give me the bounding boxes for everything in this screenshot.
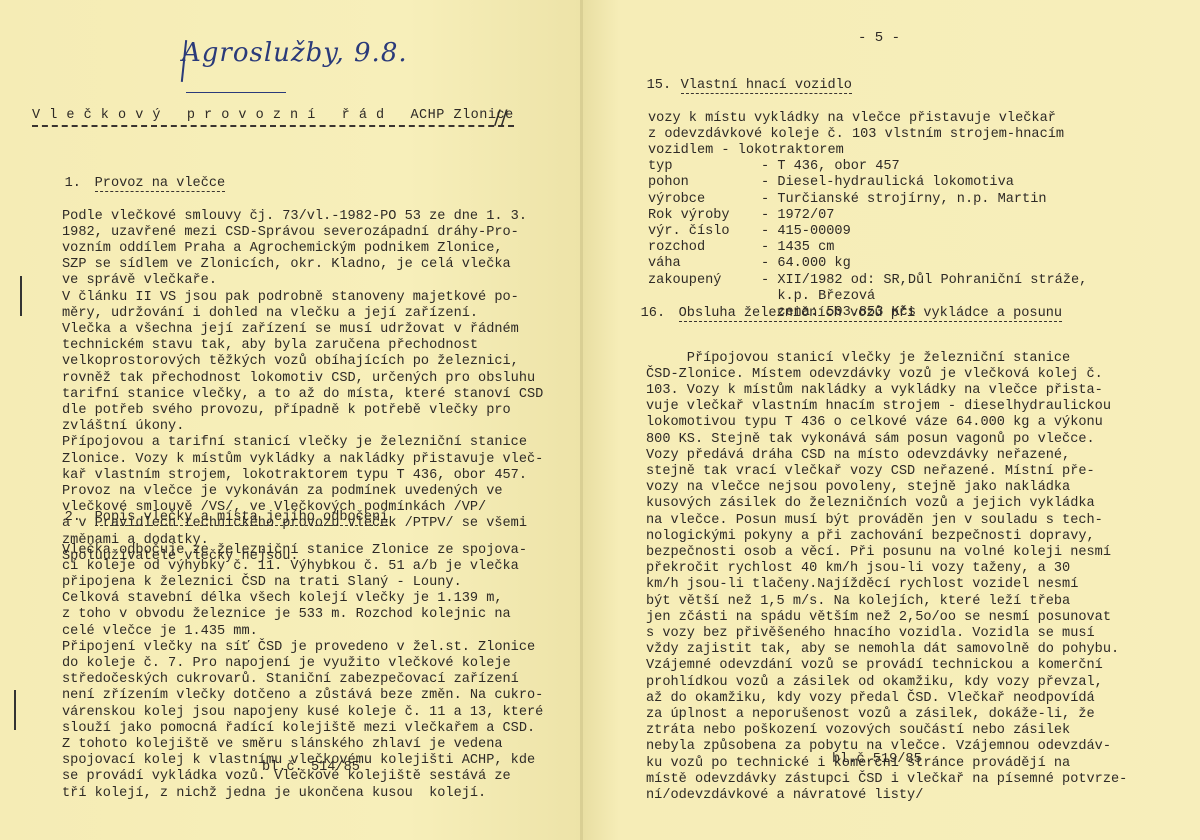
text-line: Připojení vlečky na síť ČSD je provedeno… [62, 640, 543, 656]
section-number: 1. [65, 176, 95, 192]
spec-value: - Diesel-hydraulická lokomotiva [761, 175, 1014, 190]
text-line: ztráta nebo poškození vozových součástí … [646, 723, 1127, 739]
text-line: na vlečce. Posun musí být prováděn jen v… [646, 513, 1127, 529]
text-line: 103. Vozy k místům nakládky a vykládky n… [646, 383, 1127, 399]
text-line: 1982, uzavřené mezi CSD-Správou severozá… [62, 225, 543, 241]
text-line: nologickými pokyny a při zachování bezpe… [646, 529, 1127, 545]
handwritten-underline [186, 92, 286, 93]
text-line: Podle vlečkové smlouvy čj. 73/vl.-1982-P… [62, 209, 543, 225]
spec-row: typ- T 436, obor 457 [648, 159, 1087, 175]
text-line: stejně tak vrací vlečkař vozy CSD neřaze… [646, 464, 1127, 480]
text-line: velkoprostorových těžkých vozů obíhající… [62, 354, 543, 370]
text-line: celé vlečce je 1.435 mm. [62, 624, 543, 640]
text-line: vozním oddílem Praha a Agrochemickým pod… [62, 241, 543, 257]
text-line: Celková stavební délka všech kolejí vleč… [62, 591, 543, 607]
text-line: tarifní stanice vlečky, a to až do místa… [62, 387, 543, 403]
section-title: Obsluha železničních vozů při vykládce a… [679, 306, 1062, 322]
text-line: vždy zajistit tak, aby se nemohla dát sa… [646, 642, 1127, 658]
spec-label: typ [648, 159, 761, 175]
text-line: ČSD-Zlonice. Místem odevzdávky vozů je v… [646, 367, 1127, 383]
text-line: lokomotivou typu T 436 o celkové váze 64… [646, 415, 1127, 431]
spec-row: váha- 64.000 kg [648, 256, 1087, 272]
text-line: technickém stavu tak, aby byla zaručena … [62, 338, 543, 354]
spec-value: - Turčianské strojírny, n.p. Martin [761, 192, 1047, 207]
page-number: - 5 - [858, 30, 900, 46]
text-line: Zlonice. Vozy k místům vykládky a naklád… [62, 452, 543, 468]
section-16: 16.Obsluha železničních vozů při vykládc… [608, 290, 1127, 804]
text-line: středočeských cukrovarů. Staniční zabezp… [62, 672, 543, 688]
spec-value: - T 436, obor 457 [761, 159, 900, 174]
spec-row: výrobce- Turčianské strojírny, n.p. Mart… [648, 192, 1087, 208]
text-line: Z tohoto kolejiště ve směru slánského zh… [62, 737, 543, 753]
text-line: kař vlastním strojem, lokotraktorem typu… [62, 468, 543, 484]
text-line: V článku II VS jsou pak podrobně stanove… [62, 290, 543, 306]
margin-mark [14, 690, 16, 730]
text-line: z odevzdávkové koleje č. 103 vlstním str… [648, 127, 1087, 143]
handwritten-note: Agroslužby, 9.8. [182, 38, 408, 68]
text-line: za úplnost a neporušenost vozů a zásilek… [646, 707, 1127, 723]
section-number: 15. [647, 78, 681, 94]
margin-mark [20, 276, 22, 316]
section-15: 15.Vlastní hnací vozidlo vozy k místu vy… [614, 62, 1087, 321]
text-line: slouží jako pomocná řadící kolejiště mez… [62, 721, 543, 737]
section-number: 2. [65, 510, 95, 526]
text-line: místě odevzdávky zástupci ČSD i vlečkař … [646, 772, 1127, 788]
page-fold [580, 0, 583, 840]
spec-value: - 415-00009 [761, 224, 851, 239]
spec-label: rozchod [648, 240, 761, 256]
section-title: Popis vlečky a místa jejího odbočení [95, 510, 389, 526]
spec-row: rozchod- 1435 cm [648, 240, 1087, 256]
text-line: Přípojovou stanicí vlečky je železniční … [646, 351, 1127, 367]
text-line: není zřízením vlečky dotčeno a zůstává b… [62, 688, 543, 704]
text-line: Vzájemné odevzdání vozů se provádí techn… [646, 658, 1127, 674]
text-line: být větší než 1,5 m/s. Na kolejích, kter… [646, 594, 1127, 610]
text-line: SZP se sídlem ve Zlonicích, okr. Kladno,… [62, 257, 543, 273]
text-line: Vlečka odbočuje ze železniční stanice Zl… [62, 543, 543, 559]
text-line: Vozy předává dráha CSD na místo odevzdáv… [646, 448, 1127, 464]
text-line: vozidlem - lokotraktorem [648, 143, 1087, 159]
text-line: km/h jsou-li tlačeny.Najížděcí rychlost … [646, 577, 1127, 593]
spec-row: výr. číslo- 415-00009 [648, 224, 1087, 240]
section-heading: 2.Popis vlečky a místa jejího odbočení [32, 494, 543, 543]
section-heading: 15.Vlastní hnací vozidlo [614, 62, 1087, 111]
section-title: Provoz na vlečce [95, 176, 226, 192]
text-line: kusových zásilek do železničních vozů a … [646, 496, 1127, 512]
spec-row: Rok výroby- 1972/07 [648, 208, 1087, 224]
text-line: rovněž tak přechodnost lokomotiv CSD, ur… [62, 371, 543, 387]
text-line: zvláštní úkony. [62, 419, 543, 435]
text-line: tří kolejí, z nichž jedna je ukončena ku… [62, 786, 543, 802]
text-line: jen zčásti na spádu větším než 2,5o/oo s… [646, 610, 1127, 626]
text-line: bezpečnosti osob a věcí. Při posunu na v… [646, 545, 1127, 561]
spec-label: pohon [648, 175, 761, 191]
text-line: s vozy bez přivěšeného hnacího vozidla. … [646, 626, 1127, 642]
text-line: vozy na vlečce nejsou povoleny, stejně j… [646, 480, 1127, 496]
spec-value: - XII/1982 od: SR,Důl Pohraniční stráže, [761, 273, 1087, 288]
text-line: Vlečka a všechna její zařízení se musí u… [62, 322, 543, 338]
right-page-footer: bl.č.519/85 [832, 752, 922, 767]
spec-label: zakoupený [648, 273, 761, 289]
text-line: připojena k železnici ČSD na trati Slaný… [62, 575, 543, 591]
title-mark: // [494, 105, 507, 129]
text-line: várenskou kolej jsou napojeny kusé kolej… [62, 705, 543, 721]
spec-label: váha [648, 256, 761, 272]
text-line: vozy k místu vykládky na vlečce přistavu… [648, 111, 1087, 127]
text-line: cí koleje od výhybky č. 11. Výhybkou č. … [62, 559, 543, 575]
text-line: vuje vlečkař vlastním hnacím strojem - d… [646, 399, 1127, 415]
spec-label: výr. číslo [648, 224, 761, 240]
spec-row: zakoupený- XII/1982 od: SR,Důl Pohraničn… [648, 273, 1087, 289]
section-number: 16. [641, 306, 679, 322]
text-line: měry, udržování i dohled na vlečku a jej… [62, 306, 543, 322]
text-line: prohlídkou vozů a zásilek od okamžiku, k… [646, 675, 1127, 691]
text-line: do koleje č. 7. Pro napojení je využito … [62, 656, 543, 672]
left-page-footer: bl.č. 514/85 [262, 760, 360, 775]
spec-value: - 1435 cm [761, 240, 834, 255]
section-heading: 16.Obsluha železničních vozů při vykládc… [608, 290, 1127, 339]
text-line: překročit rychlost 40 km/h jsou-li vozy … [646, 561, 1127, 577]
text-line: ní/odevzdávkové a návratové listy/ [646, 788, 1127, 804]
text-line: dle potřeb svého provozu, případně k pot… [62, 403, 543, 419]
spec-row: pohon- Diesel-hydraulická lokomotiva [648, 175, 1087, 191]
text-line: Přípojovou a tarifní stanicí vlečky je ž… [62, 435, 543, 451]
spec-label: výrobce [648, 192, 761, 208]
section-heading: 1.Provoz na vlečce [32, 160, 543, 209]
document-title: V l e č k o v ý p r o v o z n í ř á d AC… [32, 108, 514, 127]
text-line: ve správě vlečkaře. [62, 273, 543, 289]
spec-value: - 1972/07 [761, 208, 834, 223]
text-line: 800 KS. Stejně tak vykonává sám posun va… [646, 432, 1127, 448]
section-body: Přípojovou stanicí vlečky je železniční … [646, 351, 1127, 805]
spec-value: - 64.000 kg [761, 256, 851, 271]
spec-label: Rok výroby [648, 208, 761, 224]
text-line: až do okamžiku, kdy vozy předal ČSD. Vle… [646, 691, 1127, 707]
section-title: Vlastní hnací vozidlo [681, 78, 852, 94]
text-line: z toho v obvodu železnice je 533 m. Rozc… [62, 607, 543, 623]
section-2: 2.Popis vlečky a místa jejího odbočení V… [32, 494, 543, 802]
